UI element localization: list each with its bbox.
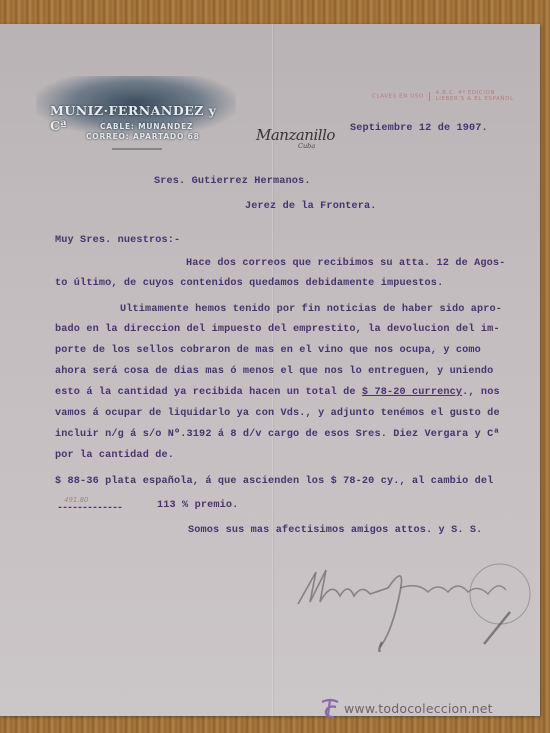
postal-address: CORREO: APARTADO 68 (86, 132, 200, 141)
watermark-text: www.todocoleccion.net (344, 701, 493, 716)
codes-in-use: CLAVES EN USO A.B.C. 4ª EDICION LIEBER'S… (372, 90, 514, 102)
letterhead: MUNIZ·FERNANDEZ y Cª CABLE: MUNANDEZ COR… (36, 76, 236, 136)
body-line: incluir n/g á s/o Nº.3192 á 8 d/v cargo … (55, 429, 500, 440)
body-line: $ 88-36 plata española, á que ascienden … (55, 476, 493, 487)
amount-currency: $ 78-20 currency (362, 387, 462, 398)
body-line: porte de los sellos cobraron de mas en e… (55, 345, 481, 356)
body-line: esto á la cantidad ya recibida hacen un … (55, 387, 500, 398)
codes-label: CLAVES EN USO (372, 94, 424, 100)
todocoleccion-logo-icon (320, 697, 340, 719)
body-line: vamos á ocupar de liquidarlo ya con Vds.… (55, 408, 500, 419)
ornament-icon (112, 148, 162, 150)
text-segment: esto á la cantidad ya recibida hacen un … (55, 387, 362, 398)
handwritten-signature (288, 552, 538, 652)
watermark: www.todocoleccion.net (320, 697, 493, 719)
recipient-city: Jerez de la Frontera. (245, 201, 377, 212)
body-line: bado en la direccion del impuesto del em… (55, 324, 500, 335)
text-segment: ., nos (462, 387, 500, 398)
dash-line: ------------- (57, 503, 122, 514)
cable-address: CABLE: MUNANDEZ (100, 122, 193, 131)
recipient-name: Sres. Gutierrez Hermanos. (154, 176, 311, 187)
letter-date: Septiembre 12 de 1907. (350, 123, 488, 134)
closing: Somos sus mas afectisimos amigos attos. … (188, 525, 482, 536)
divider (429, 92, 430, 101)
body-line: ahora será cosa de dias mas ó menos el q… (55, 366, 493, 377)
body-line: por la cantidad de. (55, 450, 174, 461)
letter-paper: MUNIZ·FERNANDEZ y Cª CABLE: MUNANDEZ COR… (0, 24, 540, 716)
body-line: Hace dos correos que recibimos su atta. … (186, 258, 505, 269)
body-line: 113 % premio. (157, 500, 238, 511)
place-country: Cuba (298, 142, 315, 150)
body-line: to último, de cuyos contenidos quedamos … (55, 278, 443, 289)
salutation: Muy Sres. nuestros:- (55, 235, 180, 246)
body-line: Ultimamente hemos tenido por fin noticia… (120, 304, 502, 315)
codes-line-2: LIEBER'S & EL ESPAÑOL (436, 96, 514, 102)
place-city: Manzanillo (256, 126, 335, 144)
